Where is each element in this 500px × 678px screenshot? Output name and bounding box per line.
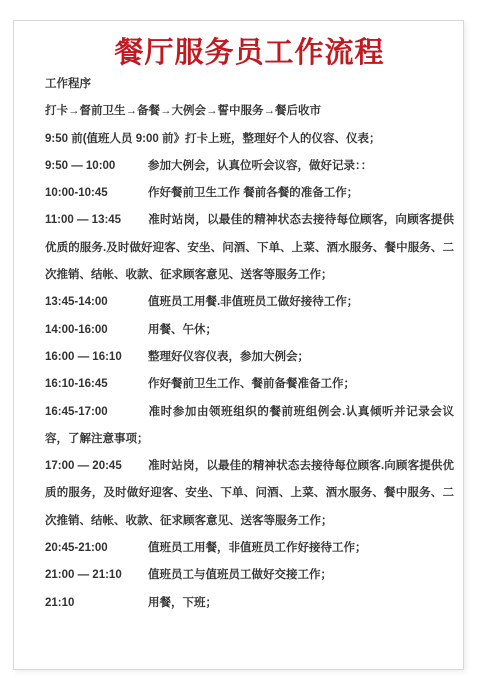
schedule-task: 整理好仪容仪表，参加大例会； <box>148 351 309 363</box>
schedule-time: 13:45-14:00 <box>45 289 148 316</box>
workflow-overview-line: 打卡→督前卫生→备餐→大例会→誓中服务→餐后收市 <box>45 98 454 125</box>
schedule-row: 21:00 — 21:10值班员工与值班员工做好交接工作； <box>45 562 454 589</box>
schedule-time: 20:45-21:00 <box>45 535 148 562</box>
schedule-row: 13:45-14:00值班员工用餐.非值班员工做好接待工作； <box>45 289 454 316</box>
schedule-row: 20:45-21:00值班员工用餐，非值班员工作好接待工作； <box>45 535 454 562</box>
schedule-task: 用餐，下班； <box>148 597 217 609</box>
schedule-time: 14:00-16:00 <box>45 317 148 344</box>
screenshot-canvas: 餐厅服务员工作流程 工作程序 打卡→督前卫生→备餐→大例会→誓中服务→餐后收市 … <box>0 0 500 678</box>
schedule-task: 值班员工与值班员工做好交接工作； <box>148 569 332 581</box>
schedule-row: 17:00 — 20:45准时站岗，以最佳的精神状态去接待每位顾客.向顾客提供优… <box>45 453 454 535</box>
schedule-time: 21:00 — 21:10 <box>45 562 148 589</box>
schedule-row: 10:00-10:45作好餐前卫生工作 餐前各餐的准备工作； <box>45 180 454 207</box>
schedule-row: 16:10-16:45作好餐前卫生工作、餐前备餐准备工作； <box>45 371 454 398</box>
schedule-task: 参加大例会，认真位听会议容，做好记录：： <box>148 160 372 172</box>
schedule-time: 9:50 — 10:00 <box>45 153 148 180</box>
schedule-task: 用餐、午休； <box>148 324 217 336</box>
schedule-row: 16:00 — 16:10整理好仪容仪表，参加大例会； <box>45 344 454 371</box>
schedule-row: 9:50 — 10:00参加大例会，认真位听会议容，做好记录：： <box>45 153 454 180</box>
schedule-row: 21:10用餐，下班； <box>45 590 454 617</box>
schedule-time: 16:45-17:00 <box>45 399 148 426</box>
schedule-time: 10:00-10:45 <box>45 180 148 207</box>
schedule-task: 值班员工用餐.非值班员工做好接待工作； <box>148 296 358 308</box>
schedule-time: 16:00 — 16:10 <box>45 344 148 371</box>
workflow-overview-text: 打卡→督前卫生→备餐→大例会→誓中服务→餐后收市 <box>45 105 321 117</box>
schedule-time: 17:00 — 20:45 <box>45 453 148 480</box>
clock-in-rule-line: 9:50 前(值班人员 9:00 前》打卡上班，整理好个人的仪容、仪表； <box>45 126 454 153</box>
schedule-row: 14:00-16:00用餐、午休； <box>45 317 454 344</box>
schedule-row: 16:45-17:00准时参加由领班组织的餐前班组例会.认真倾听并记录会议容，了… <box>45 399 454 454</box>
schedule-task: 作好餐前卫生工作 餐前各餐的准备工作； <box>148 187 358 199</box>
schedule-time: 16:10-16:45 <box>45 371 148 398</box>
schedule-row: 11:00 — 13:45准时站岗，以最佳的精神状态去接待每位顾客，向顾客提供优… <box>45 207 454 289</box>
schedule-time: 11:00 — 13:45 <box>45 207 148 234</box>
section-heading: 工作程序 <box>45 71 454 98</box>
document-body: 工作程序 打卡→督前卫生→备餐→大例会→誓中服务→餐后收市 9:50 前(值班人… <box>45 71 454 617</box>
schedule-time: 21:10 <box>45 590 148 617</box>
schedule-task: 作好餐前卫生工作、餐前备餐准备工作； <box>148 378 355 390</box>
document-page: 餐厅服务员工作流程 工作程序 打卡→督前卫生→备餐→大例会→誓中服务→餐后收市 … <box>13 20 464 670</box>
clock-in-rule-text: 9:50 前(值班人员 9:00 前》打卡上班，整理好个人的仪容、仪表； <box>45 133 380 145</box>
page-title: 餐厅服务员工作流程 <box>45 35 454 71</box>
schedule-task: 值班员工用餐，非值班员工作好接待工作； <box>148 542 367 554</box>
